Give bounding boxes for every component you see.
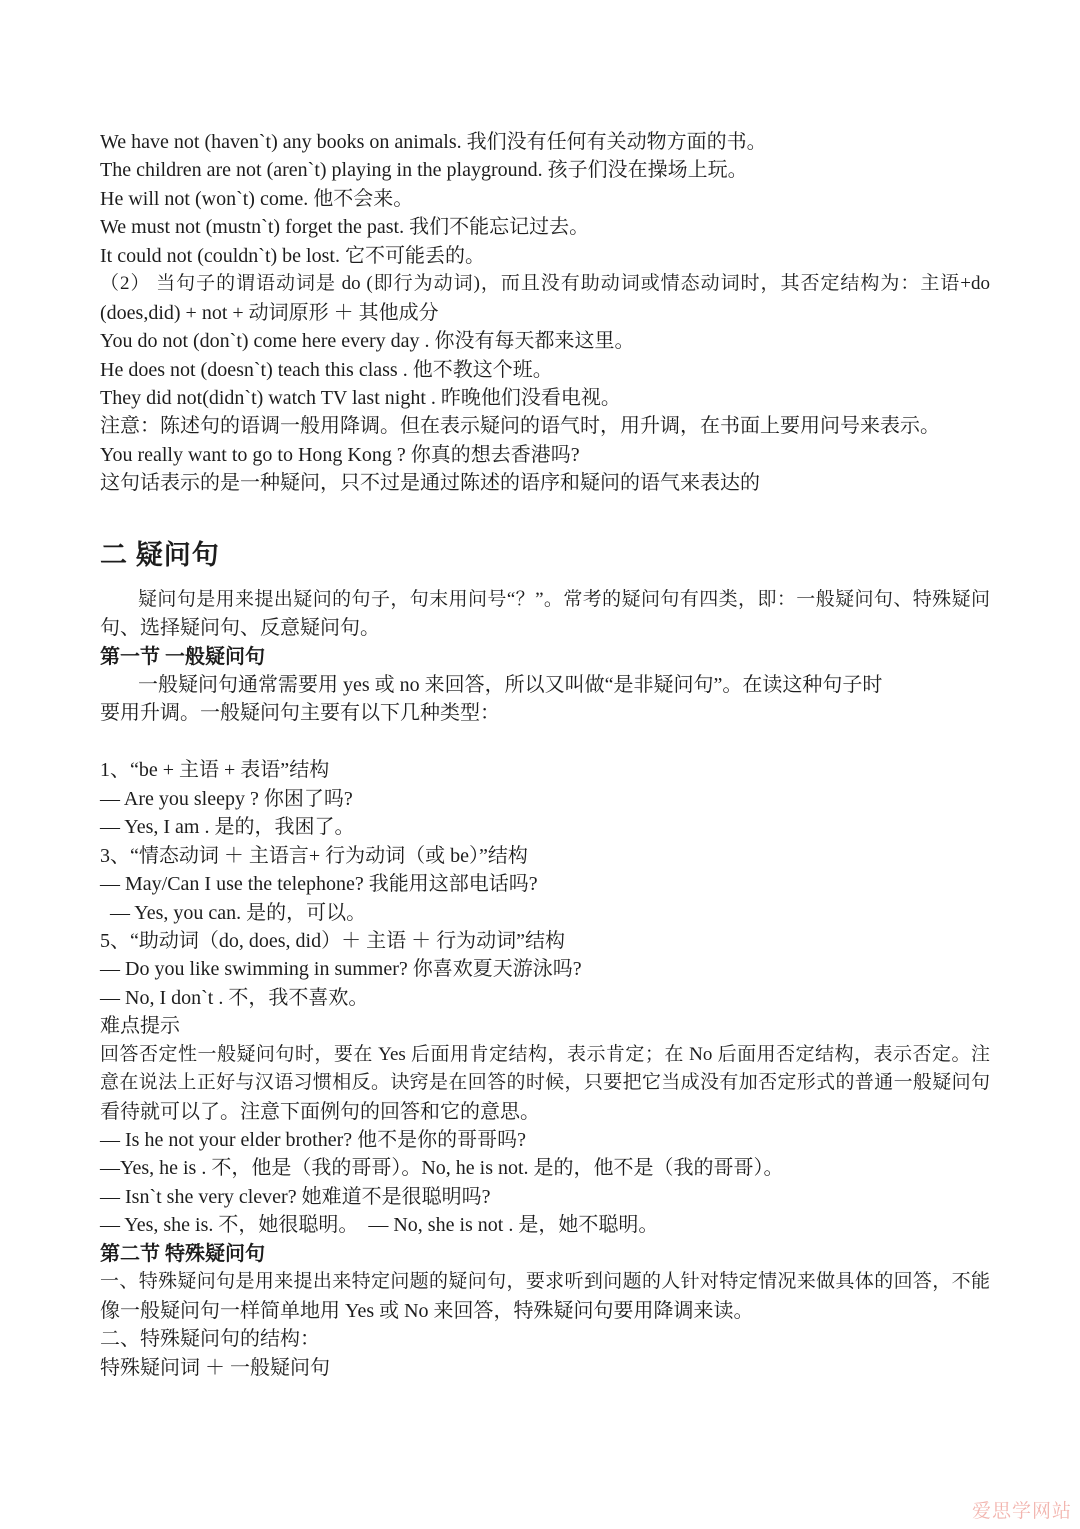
text-line: They did not(didn`t) watch TV last night… bbox=[100, 384, 990, 412]
text-line: The children are not (aren`t) playing in… bbox=[100, 156, 990, 184]
text-line: — Do you like swimming in summer? 你喜欢夏天游… bbox=[100, 955, 990, 983]
text-line: (does,did) + not + 动词原形 ＋ 其他成分 bbox=[100, 299, 990, 327]
text-line: — Yes, I am . 是的，我困了。 bbox=[100, 813, 990, 841]
text-line: 要用升调。一般疑问句主要有以下几种类型： bbox=[100, 699, 990, 727]
document-body: We have not (haven`t) any books on anima… bbox=[100, 128, 990, 1382]
text-line: 注意：陈述句的语调一般用降调。但在表示疑问的语气时，用升调，在书面上要用问号来表… bbox=[100, 412, 990, 440]
text-line: — Are you sleepy ? 你困了吗? bbox=[100, 785, 990, 813]
text-line: 句、选择疑问句、反意疑问句。 bbox=[100, 614, 990, 642]
text-line: 一般疑问句通常需要用 yes 或 no 来回答，所以又叫做“是非疑问句”。在读这… bbox=[100, 671, 990, 699]
text-line: 看待就可以了。注意下面例句的回答和它的意思。 bbox=[100, 1098, 990, 1126]
text-line: 像一般疑问句一样简单地用 Yes 或 No 来回答，特殊疑问句要用降调来读。 bbox=[100, 1297, 990, 1325]
text-line: He does not (doesn`t) teach this class .… bbox=[100, 356, 990, 384]
blank-line bbox=[100, 728, 990, 756]
text-line: 二、特殊疑问句的结构： bbox=[100, 1325, 990, 1353]
subsection-title: 第一节 一般疑问句 bbox=[100, 643, 990, 671]
text-line: 这句话表示的是一种疑问，只不过是通过陈述的语序和疑问的语气来表达的 bbox=[100, 469, 990, 497]
text-line: 难点提示 bbox=[100, 1012, 990, 1040]
watermark: 爱思学网站 bbox=[972, 1496, 1072, 1523]
text-line: 5、“助动词（do, does, did）＋ 主语 ＋ 行为动词”结构 bbox=[100, 927, 990, 955]
text-line: We must not (mustn`t) forget the past. 我… bbox=[100, 213, 990, 241]
text-line: 特殊疑问词 ＋ 一般疑问句 bbox=[100, 1354, 990, 1382]
text-line: 一、特殊疑问句是用来提出来特定问题的疑问句，要求听到问题的人针对特定情况来做具体… bbox=[100, 1268, 990, 1296]
text-line: （2） 当句子的谓语动词是 do (即行为动词)，而且没有助动词或情态动词时，其… bbox=[100, 270, 990, 298]
subsection-title: 第二节 特殊疑问句 bbox=[100, 1240, 990, 1268]
text-line: He will not (won`t) come. 他不会来。 bbox=[100, 185, 990, 213]
text-line: — Is he not your elder brother? 他不是你的哥哥吗… bbox=[100, 1126, 990, 1154]
text-line: 3、“情态动词 ＋ 主语言+ 行为动词（或 be）”结构 bbox=[100, 842, 990, 870]
text-line: We have not (haven`t) any books on anima… bbox=[100, 128, 990, 156]
text-line: 疑问句是用来提出疑问的句子，句末用问号“？”。常考的疑问句有四类，即：一般疑问句… bbox=[100, 586, 990, 614]
text-line: — No, I don`t . 不，我不喜欢。 bbox=[100, 984, 990, 1012]
text-line: 意在说法上正好与汉语习惯相反。诀窍是在回答的时候，只要把它当成没有加否定形式的普… bbox=[100, 1069, 990, 1097]
text-line: 1、“be + 主语 + 表语”结构 bbox=[100, 756, 990, 784]
document-page: { "colors": { "background": "#ffffff", "… bbox=[0, 0, 1080, 1529]
text-line: You do not (don`t) come here every day .… bbox=[100, 327, 990, 355]
text-line: — Isn`t she very clever? 她难道不是很聪明吗? bbox=[100, 1183, 990, 1211]
text-line: 回答否定性一般疑问句时，要在 Yes 后面用肯定结构，表示肯定；在 No 后面用… bbox=[100, 1041, 990, 1069]
text-line: — Yes, you can. 是的，可以。 bbox=[100, 899, 990, 927]
text-line: It could not (couldn`t) be lost. 它不可能丢的。 bbox=[100, 242, 990, 270]
text-line: — May/Can I use the telephone? 我能用这部电话吗? bbox=[100, 870, 990, 898]
section-heading: 二 疑问句 bbox=[100, 538, 990, 572]
text-line: You really want to go to Hong Kong ? 你真的… bbox=[100, 441, 990, 469]
text-line: — Yes, she is. 不，她很聪明。 — No, she is not … bbox=[100, 1211, 990, 1239]
text-line: —Yes, he is . 不，他是（我的哥哥）。No, he is not. … bbox=[100, 1154, 990, 1182]
